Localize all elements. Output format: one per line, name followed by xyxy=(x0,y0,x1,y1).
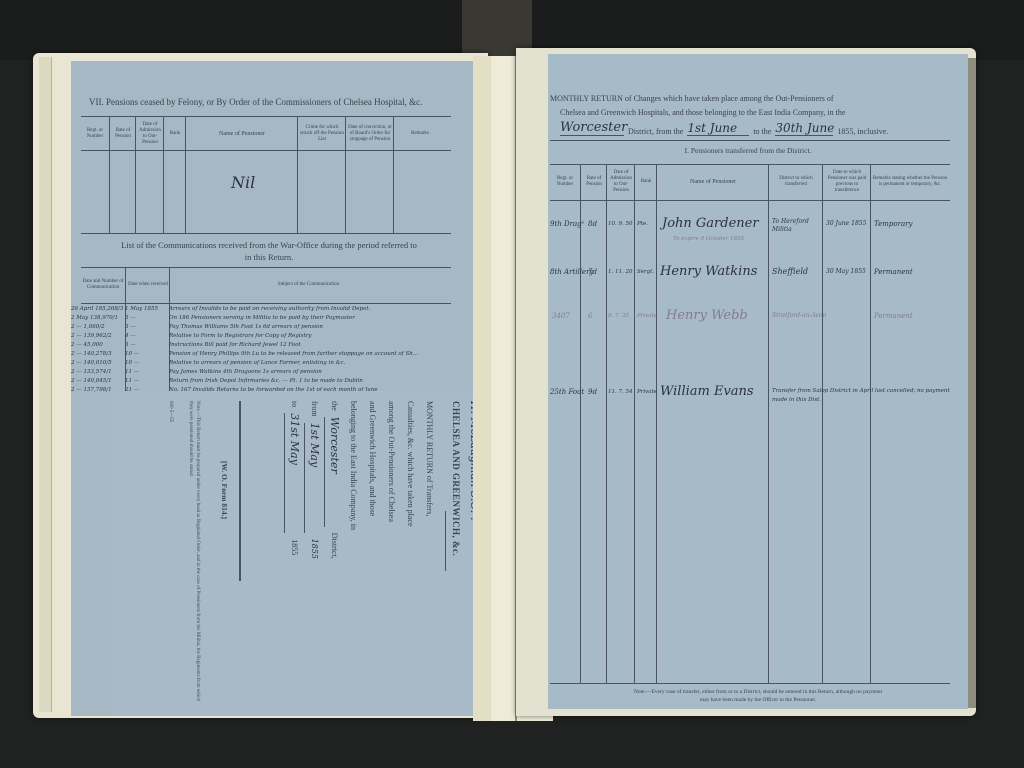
right-page: MONTHLY RETURN of Changes which have tak… xyxy=(516,48,976,716)
col-header: Name of Pensioner xyxy=(187,118,297,150)
col-header: Rate of Pension xyxy=(582,165,606,199)
label: the xyxy=(324,401,344,411)
col-rule xyxy=(135,117,136,233)
communication-row: 2 — 140,278/310 —Pension of Henry Philli… xyxy=(71,351,451,360)
label: to the xyxy=(753,127,771,136)
regt: 8th Artillery xyxy=(550,268,593,276)
col-rule xyxy=(393,117,394,233)
date-number: 2 — 1,060/2 xyxy=(71,324,125,333)
communication-row: 2 — 45,0003 —Instructions Bill paid for … xyxy=(71,342,451,351)
paid-to-date: 30 May 1855 xyxy=(826,268,866,275)
from-value: 1st May xyxy=(304,423,324,533)
received: 3 — xyxy=(125,315,169,324)
district-value: Worcester xyxy=(324,417,344,527)
torn-edge xyxy=(473,56,491,721)
date-number: 2 — 140,010/5 xyxy=(71,360,125,369)
admission-date: 1. 11. 20 xyxy=(608,269,633,275)
form-header: CHELSEA AND GREENWICH, &c. xyxy=(451,401,461,556)
col-header: Regt. or Number xyxy=(81,118,109,150)
rule xyxy=(550,200,950,201)
rate: 6 xyxy=(588,312,592,320)
to-value: 31st May xyxy=(284,413,304,533)
heading-line-3: Worcester District, from the 1st June to… xyxy=(560,120,888,136)
section-title: I. Pensioners transferred from the Distr… xyxy=(648,146,848,155)
form-line: Casualties, &c. which have taken place xyxy=(401,401,420,559)
received: 10 — xyxy=(125,351,169,360)
rate: 9d xyxy=(588,388,597,396)
rule xyxy=(81,303,451,304)
regt: 25th Foot xyxy=(550,388,584,396)
paid-to-date: 30 June 1855 xyxy=(826,220,866,227)
to-line: to31st May1855 xyxy=(284,401,304,559)
page-edges xyxy=(39,57,52,712)
subject: Instructions Bill paid for Richard Jewel… xyxy=(169,342,449,351)
communications-list: 26 April 185,268/31 May 1855Arrears of I… xyxy=(71,306,451,396)
rank: Sergt. xyxy=(637,269,654,275)
subject: Return from Irish Depot Infirmaries &c. … xyxy=(169,378,449,387)
year: 1855, inclusive. xyxy=(837,127,888,136)
printer-mark: 600 5—55 xyxy=(168,401,173,422)
rule xyxy=(81,233,451,234)
date-number: 2 May 138,970/1 xyxy=(71,315,125,324)
col-header: Date of conviction, or of Board's Order … xyxy=(347,118,393,150)
date-number: 2 — 139,962/2 xyxy=(71,333,125,342)
rule xyxy=(81,267,451,268)
col-header: Date to which Pensioner was paid previou… xyxy=(824,165,870,199)
admission-date: 8. 7. 35 xyxy=(608,313,629,319)
section-vii-title: VII. Pensions ceased by Felony, or By Or… xyxy=(89,97,422,107)
col-header: Remarks xyxy=(395,118,445,150)
left-page: VII. Pensions ceased by Felony, or By Or… xyxy=(33,53,488,718)
col-header: Date and Number of Communication xyxy=(81,269,125,301)
col-header: Name of Pensioner xyxy=(658,165,768,199)
form-line: belonging to the East India Company, in xyxy=(344,401,363,559)
received: 3 — xyxy=(125,324,169,333)
subject: Pension of Henry Phillips 9th Lu to be r… xyxy=(169,351,449,360)
table-row: 9th Dragˢ 8d 10. 9. 50 Pte. John Gardene… xyxy=(548,216,952,256)
communication-row: 26 April 185,268/31 May 1855Arrears of I… xyxy=(71,306,451,315)
rate: 7d xyxy=(588,268,597,276)
communication-row: 2 — 140,010/510 —Relative to arrears of … xyxy=(71,360,451,369)
communication-row: 2 May 138,970/13 —On 186 Pensioners serv… xyxy=(71,315,451,324)
district-line: theWorcesterDistrict, xyxy=(324,401,344,559)
footnote: Note.—Every case of transfer, either fro… xyxy=(568,688,948,704)
col-rule xyxy=(297,117,298,233)
rule xyxy=(550,683,950,684)
subject: Relative to Form to Registrars for Copy … xyxy=(169,333,449,342)
label: District, xyxy=(324,533,344,559)
communication-row: 2 — 1,060/23 —Pay Thomas Williams 5th Fo… xyxy=(71,324,451,333)
form-line: MONTHLY RETURN of Transfers, xyxy=(420,401,439,559)
date-number: 2 — 45,000 xyxy=(71,342,125,351)
pensioner-name: Henry Webb xyxy=(666,308,748,323)
admission-date: 10. 9. 50 xyxy=(608,221,633,227)
date-number: 2 — 133,574/1 xyxy=(71,369,125,378)
communication-row: 2 — 133,574/111 —Pay James Watkins 4th D… xyxy=(71,369,451,378)
rotated-form-content: H. McLaughlan S.O. ? CHELSEA AND GREENWI… xyxy=(111,391,491,716)
rank: Pte. xyxy=(637,221,648,227)
subject: Pay Thomas Williams 5th Foot 1s 6d arrea… xyxy=(169,324,449,333)
heading-line-1: MONTHLY RETURN of Changes which have tak… xyxy=(550,94,834,103)
footnote-line: Note.—Every case of transfer, either fro… xyxy=(568,688,948,696)
form-note: Note.—This Return must be prepared under… xyxy=(187,401,201,701)
rule xyxy=(81,150,451,151)
from-line: from1st May1855 xyxy=(304,401,324,559)
col-rule xyxy=(109,117,110,233)
rank: Private xyxy=(637,313,657,319)
remarks: Permanent xyxy=(874,268,913,276)
received: 11 — xyxy=(125,378,169,387)
remarks: Temporary xyxy=(874,220,912,228)
table-row: 8th Artillery 7d 1. 11. 20 Sergt. Henry … xyxy=(548,264,952,304)
entry-note: To expire 9 October 1855 xyxy=(673,236,744,242)
year: 1855 xyxy=(284,539,304,555)
communication-row: 2 — 140,045/111 —Return from Irish Depot… xyxy=(71,378,451,387)
rank: Private xyxy=(637,389,657,395)
col-rule xyxy=(185,117,186,233)
pensioner-name: John Gardener xyxy=(662,216,759,231)
col-header: District to which transferred xyxy=(770,165,822,199)
col-header: Date of Admission to Out-Pension xyxy=(608,165,634,199)
right-sheet: MONTHLY RETURN of Changes which have tak… xyxy=(548,54,968,709)
received: 10 — xyxy=(125,360,169,369)
col-header: Rank xyxy=(165,118,185,150)
form-number: [W. O. Form 814.] xyxy=(220,461,229,519)
folded-form: H. McLaughlan S.O. ? CHELSEA AND GREENWI… xyxy=(111,391,491,716)
rule xyxy=(81,116,451,117)
received: 1 May 1855 xyxy=(125,306,169,315)
date-number: 2 — 140,278/3 xyxy=(71,351,125,360)
left-sheet: VII. Pensions ceased by Felony, or By Or… xyxy=(71,61,491,716)
heading-line-2: Chelsea and Greenwich Hospitals, and tho… xyxy=(560,108,845,117)
subject: Arrears of Invalids to be paid on receiv… xyxy=(169,306,449,315)
form-line: and Greenwich Hospitals, and those xyxy=(363,401,382,559)
year: 1855 xyxy=(304,539,324,559)
regt: 3407 xyxy=(552,312,570,320)
form-body: MONTHLY RETURN of Transfers, Casualties,… xyxy=(284,401,439,559)
col-header: Subject of the Communication xyxy=(171,269,446,301)
subject: Relative to arrears of pension of Lance … xyxy=(169,360,449,369)
rule xyxy=(445,511,446,571)
col-rule xyxy=(163,117,164,233)
col-header: Crime for which struck off the Pension L… xyxy=(299,118,345,150)
rule xyxy=(239,401,241,581)
rate: 8d xyxy=(588,220,597,228)
table-row: 3407 6 8. 7. 35 Private Henry Webb Strat… xyxy=(548,308,952,338)
communications-title: List of the Communications received from… xyxy=(89,239,449,263)
col-rule xyxy=(345,117,346,233)
district-transferred: Sheffield xyxy=(772,267,808,276)
subject: On 186 Pensioners serving in Militia to … xyxy=(169,315,449,324)
pensioner-name: William Evans xyxy=(660,384,754,399)
date-number: 26 April 185,268/3 xyxy=(71,306,125,315)
col-header: Rate of Pension xyxy=(111,118,135,150)
received: 3 — xyxy=(125,342,169,351)
table-row: 25th Foot 9d 11. 7. 54 Private William E… xyxy=(548,384,952,424)
from-value: 1st June xyxy=(687,121,749,136)
title-line: List of the Communications received from… xyxy=(89,239,449,251)
district-value: Worcester xyxy=(560,120,624,136)
footnote-line: may have been made by the Officer to the… xyxy=(568,696,948,704)
communication-row: 2 — 139,962/24 —Relative to Form to Regi… xyxy=(71,333,451,342)
regt: 9th Dragˢ xyxy=(550,220,584,228)
label: from xyxy=(304,401,324,417)
pensioner-name: Henry Watkins xyxy=(660,264,757,279)
label: to xyxy=(284,401,304,407)
to-value: 30th June xyxy=(775,121,833,136)
remarks: Permanent xyxy=(874,312,913,320)
title-line: in this Return. xyxy=(89,251,449,263)
district-transferred: Transfer from Salop District in April la… xyxy=(772,387,950,405)
col-header: Remarks stating whether the Pension is p… xyxy=(872,165,948,199)
district-transferred: Stratford-on-Avon xyxy=(772,312,826,319)
col-header: Rank xyxy=(636,165,656,199)
open-ledger: VII. Pensions ceased by Felony, or By Or… xyxy=(33,48,983,720)
form-line: among the Out-Pensioners of Chelsea xyxy=(382,401,401,559)
nil-entry: Nil xyxy=(231,173,255,192)
admission-date: 11. 7. 54 xyxy=(608,389,633,395)
received: 4 — xyxy=(125,333,169,342)
col-header: Regt. or Number xyxy=(550,165,580,199)
date-number: 2 — 140,045/1 xyxy=(71,378,125,387)
col-header: Date when received xyxy=(127,269,169,301)
col-header: Date of Admission to Out-Pension xyxy=(137,118,163,150)
subject: Pay James Watkins 4th Dragoons 1s arrear… xyxy=(169,369,449,378)
district-transferred: To Hereford Militia xyxy=(772,218,822,234)
rule xyxy=(550,140,950,141)
received: 11 — xyxy=(125,369,169,378)
label: District, from the xyxy=(628,127,683,136)
